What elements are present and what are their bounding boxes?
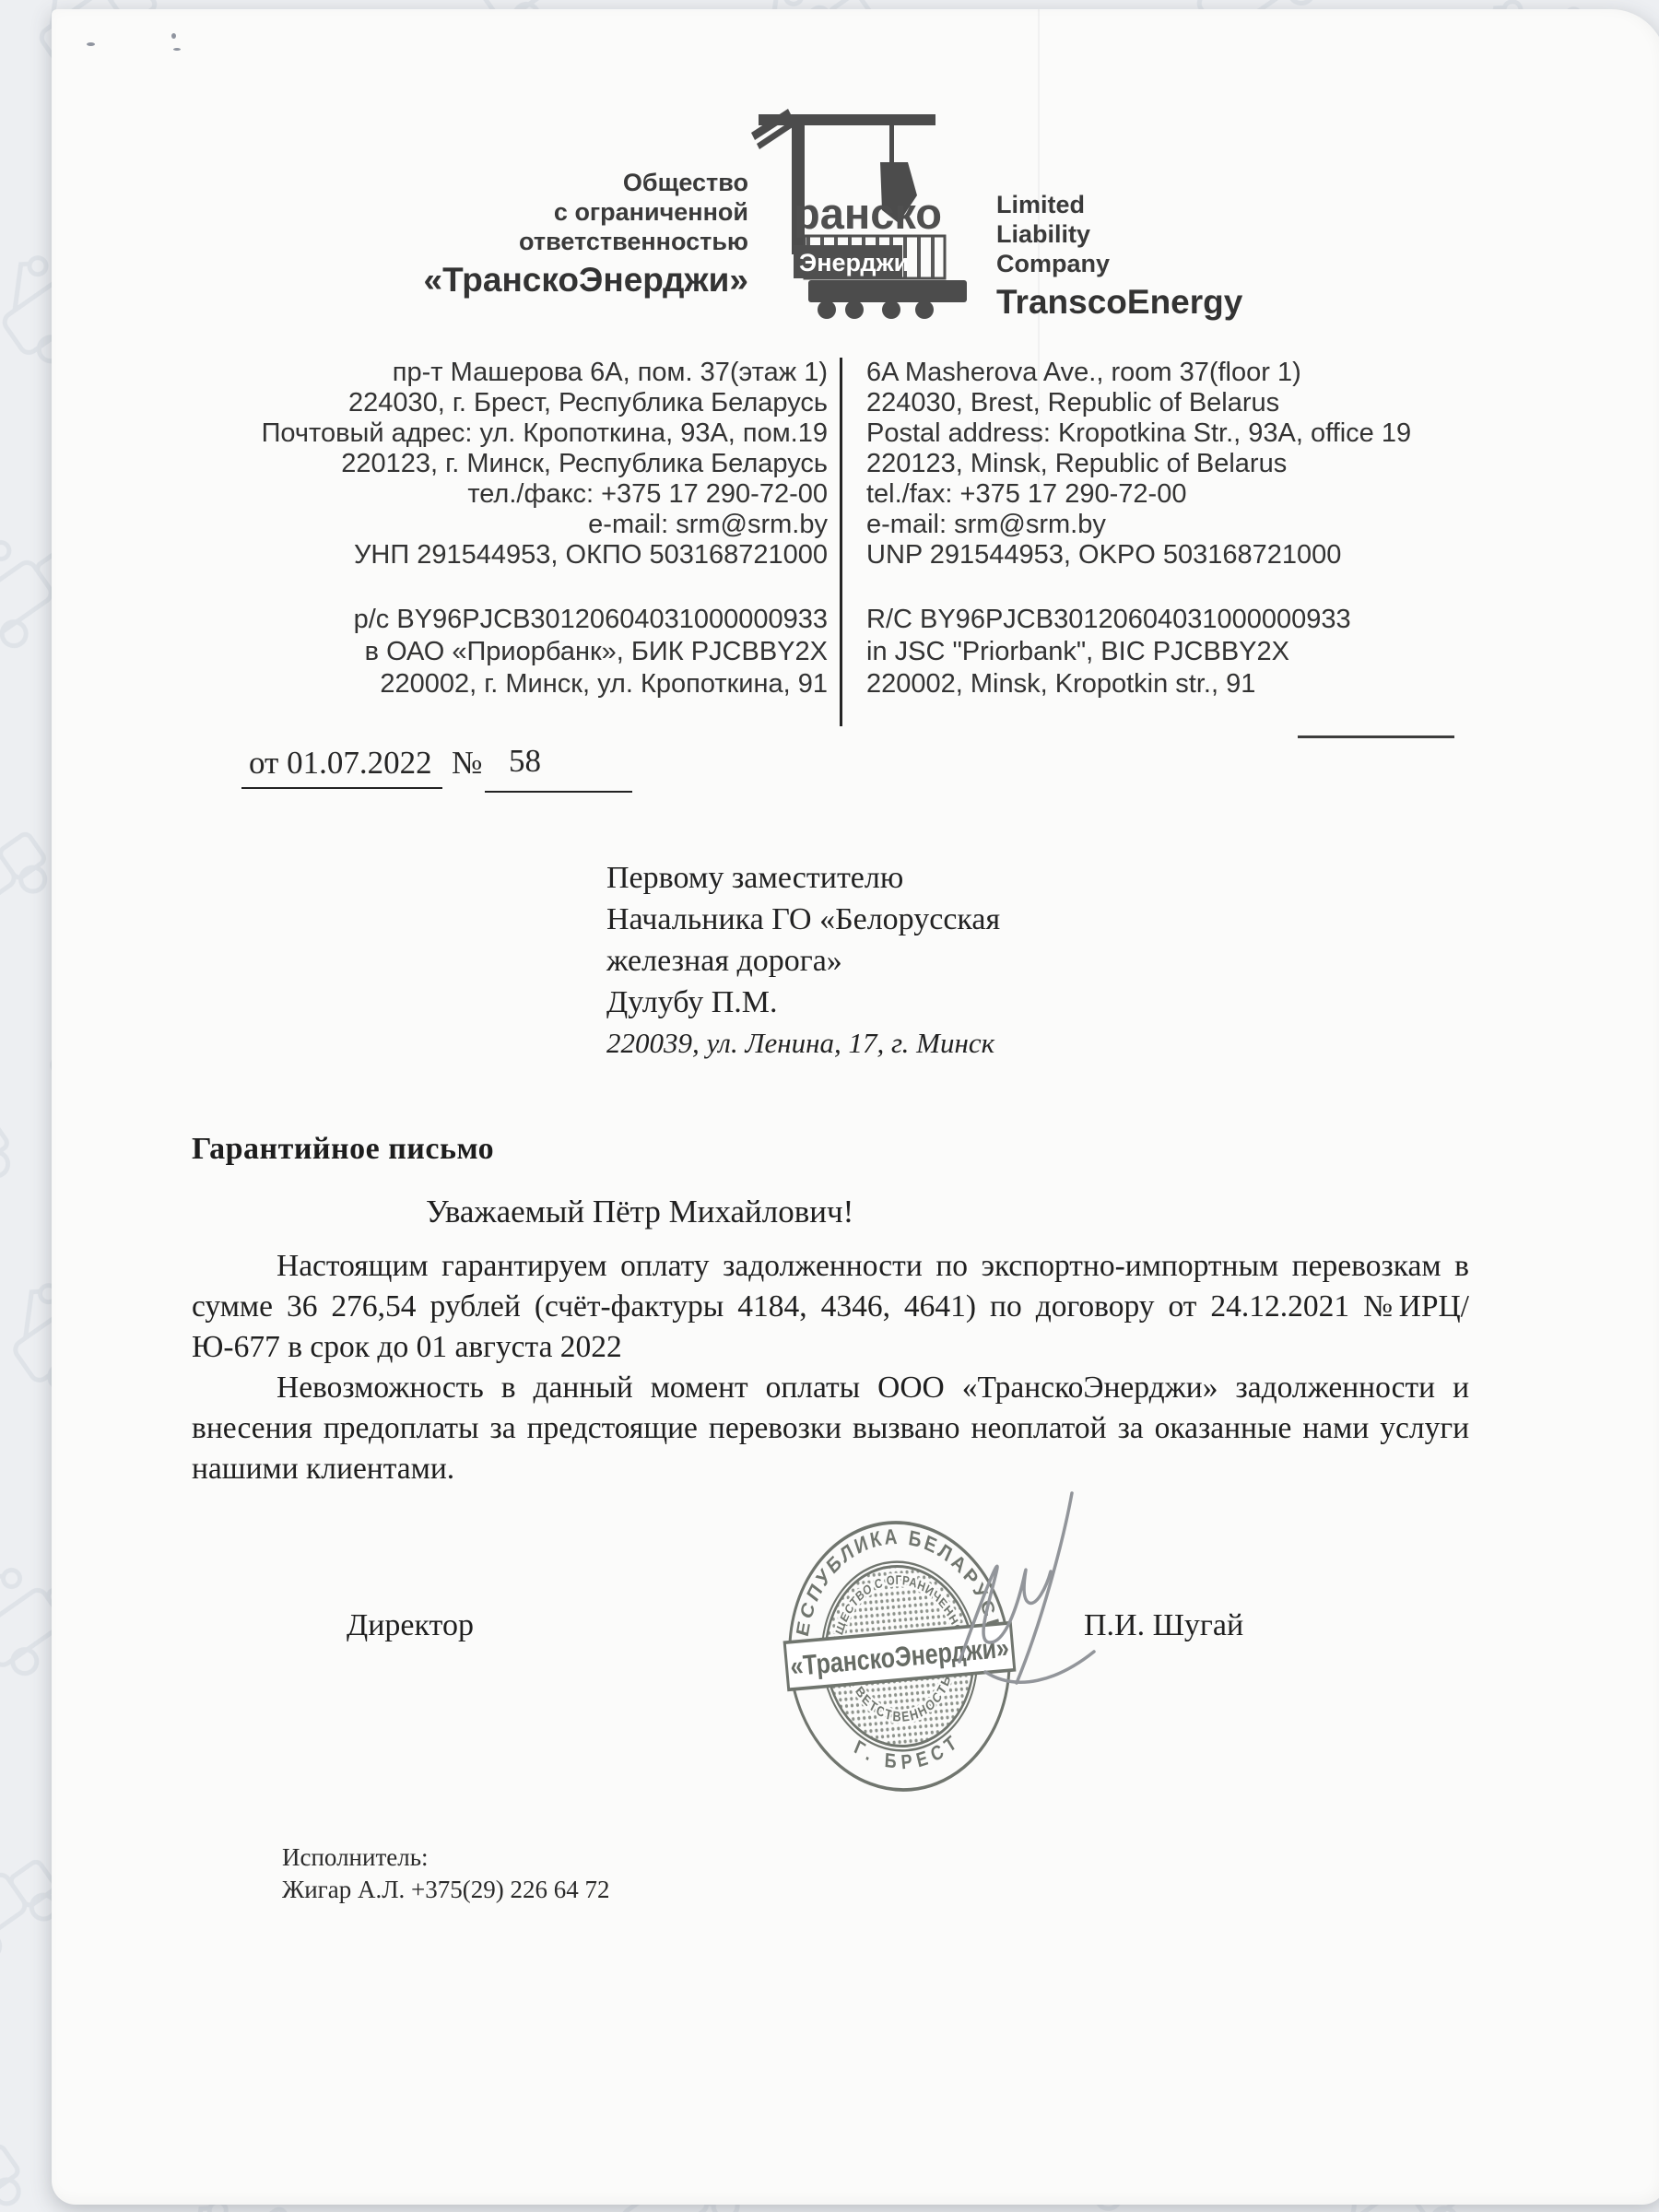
- recipient-line: Начальника ГО «Белорусская: [606, 899, 1307, 940]
- contact-line-ru: Почтовый адрес: ул. Кропоткина, 93А, пом…: [107, 418, 828, 449]
- number-underline: [485, 791, 632, 793]
- company-name-ru-block: Общество с ограниченной ответственностью…: [107, 168, 748, 300]
- bank-details-ru: р/с BY96PJCB30120604031000000933 в ОАО «…: [107, 604, 828, 700]
- letter-subject: Гарантийное письмо: [192, 1132, 494, 1167]
- scan-speck: [171, 33, 176, 39]
- scan-speck: [87, 42, 95, 46]
- executor-contact: Жигар А.Л. +375(29) 226 64 72: [282, 1874, 609, 1906]
- company-name-ru: «ТранскоЭнерджи»: [107, 261, 748, 300]
- date-underline: [241, 787, 442, 789]
- scan-speck: [173, 48, 181, 51]
- contact-line-en: Postal address: Kropotkina Str., 93A, of…: [866, 418, 1530, 449]
- bank-line-ru: в ОАО «Приорбанк», БИК PJCBBY2X: [107, 636, 828, 668]
- contact-line-en: tel./fax: +375 17 290-72-00: [866, 479, 1530, 510]
- bank-line-en: R/C BY96PJCB30120604031000000933: [866, 604, 1530, 636]
- column-divider: [840, 358, 842, 726]
- body-paragraph-2: Невозможность в данный момент оплаты ООО…: [192, 1368, 1469, 1489]
- bank-line-en: 220002, Minsk, Kropotkin str., 91: [866, 668, 1530, 700]
- letter-body: Настоящим гарантируем оплату задолженнос…: [192, 1246, 1469, 1489]
- contact-line-en: 220123, Minsk, Republic of Belarus: [866, 449, 1530, 479]
- recipient-line: Первому заместителю: [606, 857, 1307, 899]
- logo-name-bottom: Энерджи: [799, 249, 909, 276]
- contact-line-ru: e-mail: srm@srm.by: [107, 510, 828, 540]
- right-rule: [1298, 735, 1454, 738]
- contact-line-ru: пр-т Машерова 6А, пом. 37(этаж 1): [107, 358, 828, 388]
- contacts-en: 6A Masherova Ave., room 37(floor 1) 2240…: [866, 358, 1530, 571]
- recipient-address: 220039, ул. Ленина, 17, г. Минск: [606, 1027, 1307, 1060]
- company-form-en-line: Limited: [996, 190, 1383, 219]
- recipient-line: железная дорога»: [606, 940, 1307, 982]
- contact-line-ru: 220123, г. Минск, Республика Беларусь: [107, 449, 828, 479]
- contact-line-en: e-mail: srm@srm.by: [866, 510, 1530, 540]
- bank-line-ru: 220002, г. Минск, ул. Кропоткина, 91: [107, 668, 828, 700]
- bank-line-ru: р/с BY96PJCB30120604031000000933: [107, 604, 828, 636]
- contact-line-en: UNP 291544953, OKPO 503168721000: [866, 540, 1530, 571]
- reference-number: 58: [509, 743, 541, 780]
- executor-label: Исполнитель:: [282, 1841, 609, 1874]
- recipient-line: Дулубу П.М.: [606, 982, 1307, 1023]
- contact-line-ru: УНП 291544953, ОКПО 503168721000: [107, 540, 828, 571]
- salutation: Уважаемый Пётр Михайлович!: [426, 1194, 853, 1230]
- company-name-en: TranscoEnergy: [996, 283, 1383, 322]
- company-form-en-line: Company: [996, 249, 1383, 278]
- company-form-ru-line: Общество: [107, 168, 748, 197]
- contact-line-en: 6A Masherova Ave., room 37(floor 1): [866, 358, 1530, 388]
- contact-line-ru: 224030, г. Брест, Республика Беларусь: [107, 388, 828, 418]
- bank-line-en: in JSC "Priorbank", BIC PJCBBY2X: [866, 636, 1530, 668]
- company-form-ru-line: с ограниченной: [107, 197, 748, 227]
- logo-name-top: ранско: [794, 189, 942, 238]
- company-name-en-block: Limited Liability Company TranscoEnergy: [996, 190, 1383, 322]
- contacts-ru: пр-т Машерова 6А, пом. 37(этаж 1) 224030…: [107, 358, 828, 571]
- signature-scribble: [932, 1482, 1144, 1703]
- reference-date: от 01.07.2022: [249, 745, 432, 782]
- company-form-ru-line: ответственностью: [107, 227, 748, 256]
- contact-line-en: 224030, Brest, Republic of Belarus: [866, 388, 1530, 418]
- company-logo: ранско Энерджи: [751, 83, 986, 327]
- contact-line-ru: тел./факс: +375 17 290-72-00: [107, 479, 828, 510]
- company-form-en-line: Liability: [996, 219, 1383, 249]
- scanned-letter: Общество с ограниченной ответственностью…: [0, 0, 1659, 2212]
- executor-block: Исполнитель: Жигар А.Л. +375(29) 226 64 …: [282, 1841, 609, 1906]
- bank-details-en: R/C BY96PJCB30120604031000000933 in JSC …: [866, 604, 1530, 700]
- recipient-block: Первому заместителю Начальника ГО «Белор…: [606, 857, 1307, 1060]
- number-sign: №: [452, 745, 482, 782]
- truck-icon: [808, 280, 967, 319]
- letter-page: Общество с ограниченной ответственностью…: [52, 9, 1659, 2205]
- signatory-title: Директор: [347, 1608, 474, 1643]
- body-paragraph-1: Настоящим гарантируем оплату задолженнос…: [192, 1246, 1469, 1368]
